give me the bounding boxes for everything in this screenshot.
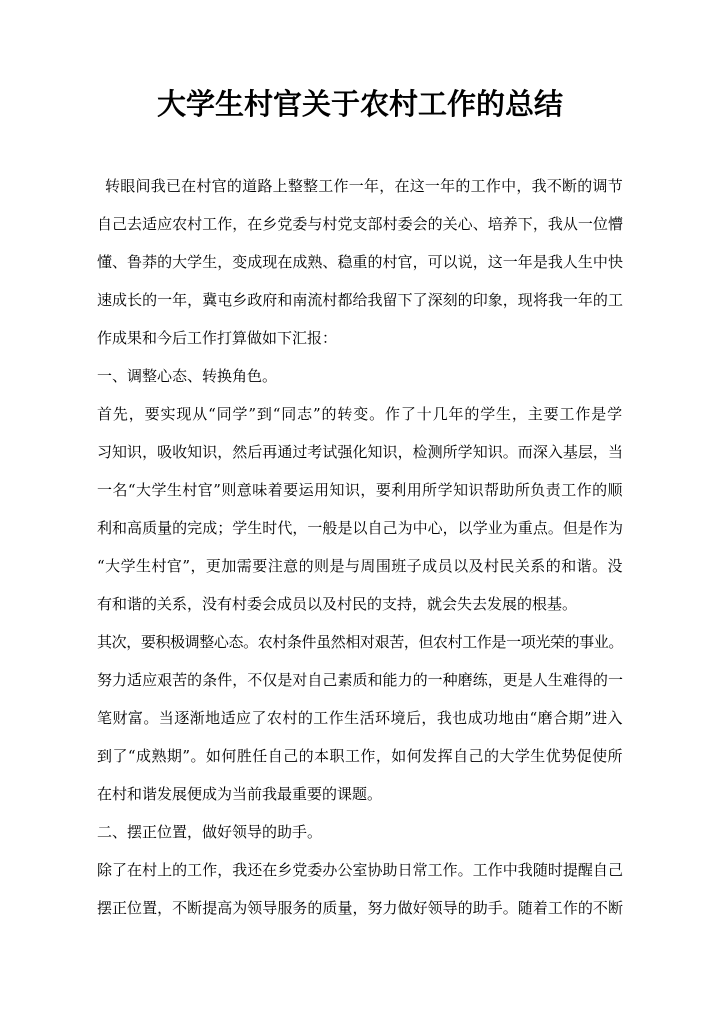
text-line: “大学生村官”，更加需要注意的则是与周围班子成员以及村民关系的和谐。没 <box>97 547 623 585</box>
section-heading: 二、摆正位置，做好领导的助手。 <box>97 813 623 851</box>
text-line: 懂、鲁莽的大学生，变成现在成熟、稳重的村官，可以说，这一年是我人生中快 <box>97 243 623 281</box>
paragraph: 其次，要积极调整心态。农村条件虽然相对艰苦，但农村工作是一项光荣的事业。努力适应… <box>97 623 623 813</box>
text-line: 速成长的一年，冀屯乡政府和南流村都给我留下了深刻的印象，现将我一年的工 <box>97 281 623 319</box>
text-line: 自己去适应农村工作，在乡党委与村党支部村委会的关心、培养下，我从一位懵 <box>97 205 623 243</box>
paragraph: 转眼间我已在村官的道路上整整工作一年，在这一年的工作中，我不断的调节自己去适应农… <box>97 167 623 357</box>
text-line: 到了“成熟期”。如何胜任自己的本职工作，如何发挥自己的大学生优势促使所 <box>97 737 623 775</box>
text-line: 利和高质量的完成；学生时代，一般是以自己为中心，以学业为重点。但是作为 <box>97 509 623 547</box>
text-line: 有和谐的关系，没有村委会成员以及村民的支持，就会失去发展的根基。 <box>97 585 623 623</box>
text-line: 首先，要实现从“同学”到“同志”的转变。作了十几年的学生，主要工作是学 <box>97 395 624 433</box>
paragraph: 首先，要实现从“同学”到“同志”的转变。作了十几年的学生，主要工作是学习知识，吸… <box>97 395 623 623</box>
text-line: 笔财富。当逐渐地适应了农村的工作生活环境后，我也成功地由“磨合期”进入 <box>97 699 623 737</box>
text-line: 努力适应艰苦的条件，不仅是对自己素质和能力的一种磨练，更是人生难得的一 <box>97 661 623 699</box>
document-body: 转眼间我已在村官的道路上整整工作一年，在这一年的工作中，我不断的调节自己去适应农… <box>97 167 623 927</box>
document-page: 大学生村官关于农村工作的总结 转眼间我已在村官的道路上整整工作一年，在这一年的工… <box>0 0 721 1020</box>
text-line: 其次，要积极调整心态。农村条件虽然相对艰苦，但农村工作是一项光荣的事业。 <box>97 623 623 661</box>
text-line: 在村和谐发展便成为当前我最重要的课题。 <box>97 775 623 813</box>
text-line: 转眼间我已在村官的道路上整整工作一年，在这一年的工作中，我不断的调节 <box>97 167 623 205</box>
section-heading: 一、调整心态、转换角色。 <box>97 357 623 395</box>
document-title: 大学生村官关于农村工作的总结 <box>97 84 623 124</box>
text-line: 摆正位置，不断提高为领导服务的质量，努力做好领导的助手。随着工作的不断 <box>97 889 623 927</box>
text-line: 一名“大学生村官”则意味着要运用知识，要利用所学知识帮助所负责工作的顺 <box>97 471 623 509</box>
paragraph: 除了在村上的工作，我还在乡党委办公室协助日常工作。工作中我随时提醒自己摆正位置，… <box>97 851 623 927</box>
text-line: 习知识，吸收知识，然后再通过考试强化知识，检测所学知识。而深入基层，当 <box>97 433 623 471</box>
text-line: 作成果和今后工作打算做如下汇报： <box>97 319 623 357</box>
text-line: 除了在村上的工作，我还在乡党委办公室协助日常工作。工作中我随时提醒自己 <box>97 851 623 889</box>
text-line: 二、摆正位置，做好领导的助手。 <box>97 813 623 851</box>
text-line: 一、调整心态、转换角色。 <box>97 357 623 395</box>
